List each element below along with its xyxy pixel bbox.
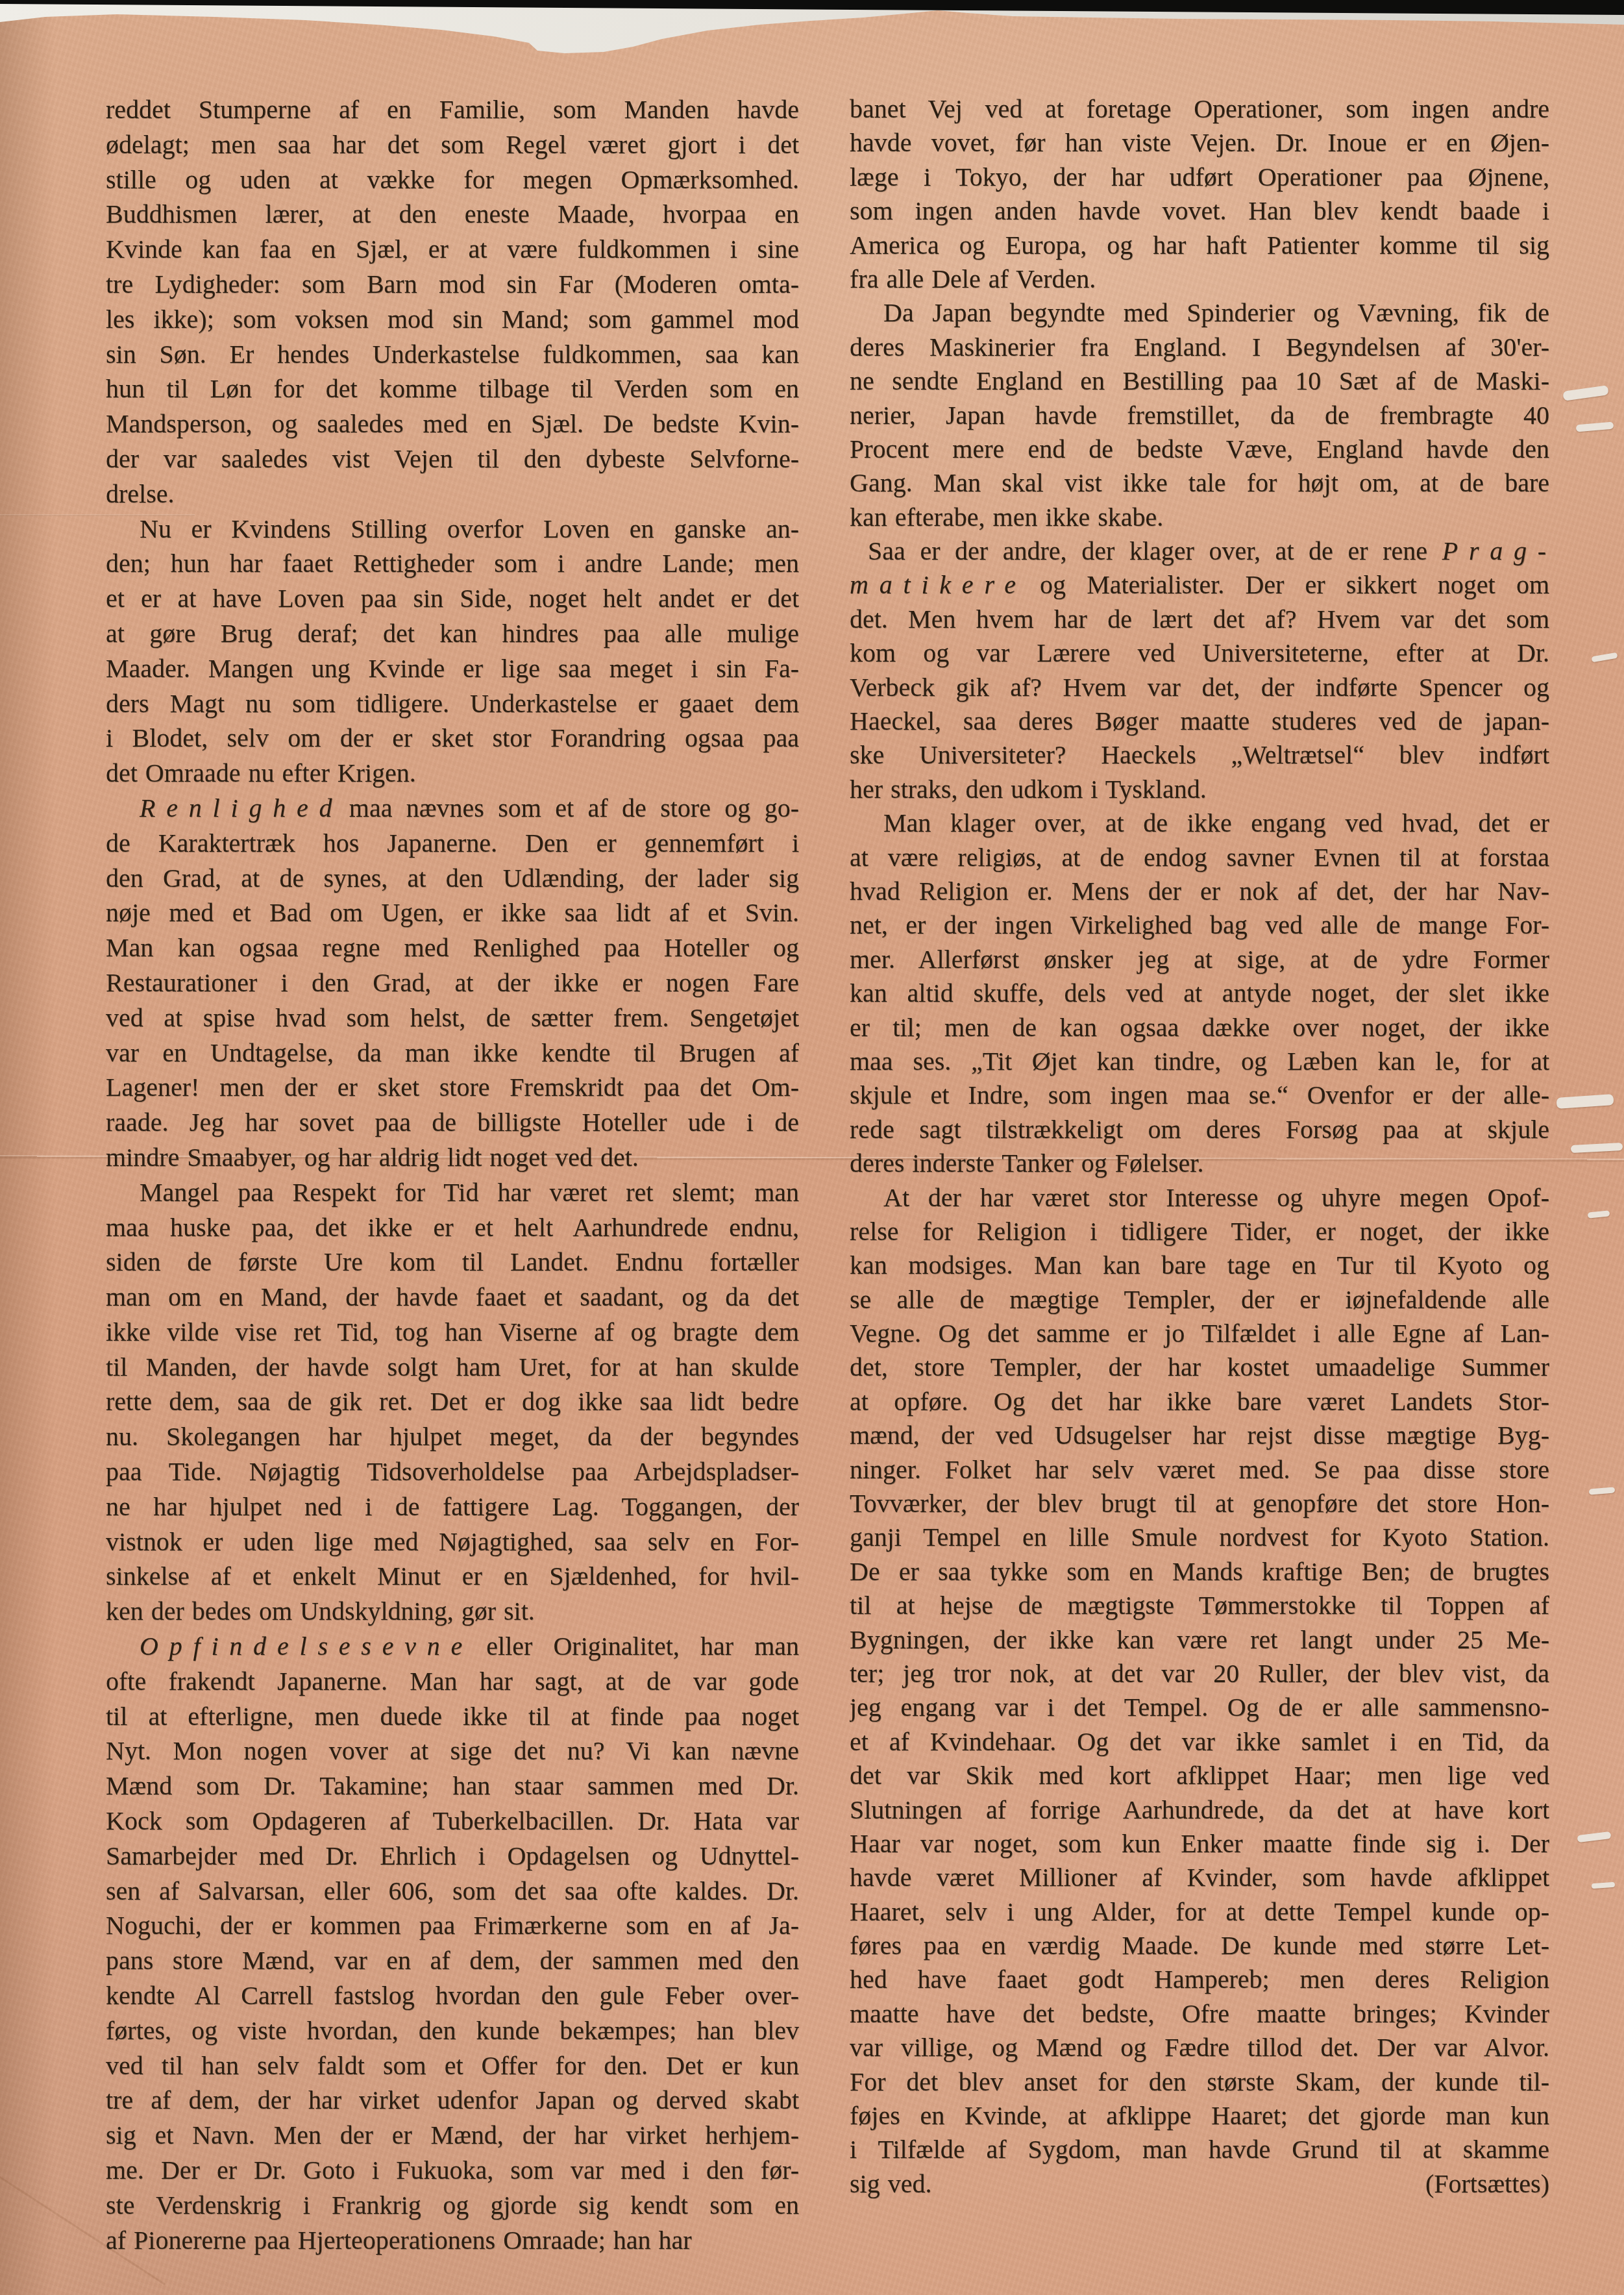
text-line: Man kan ogsaa regne med Renlighed paa Ho… — [106, 930, 799, 965]
text-line: vistnok er uden lige med Nøjagtighed, sa… — [106, 1524, 799, 1559]
text-line: Slutningen af forrige Aarhundrede, da de… — [850, 1793, 1549, 1827]
text-line: maatte have det bedste, Ofre maatte brin… — [850, 1997, 1549, 2031]
text-line: se alle de mægtige Templer, der er iøjne… — [850, 1283, 1549, 1317]
text-line: nøje med et Bad om Ugen, er ikke saa lid… — [106, 895, 799, 930]
text-line: maa ses. „Tit Øjet kan tindre, og Læben … — [850, 1045, 1549, 1078]
text-line: sin Søn. Er hendes Underkastelse fuldkom… — [106, 337, 799, 372]
text-line: til Manden, der havde solgt ham Uret, fo… — [106, 1350, 799, 1385]
text-line: drelse. — [106, 477, 799, 512]
text-line: ofte frakendt Japanerne. Man har sagt, a… — [106, 1664, 799, 1699]
text-line: til at efterligne, men duede ikke til at… — [106, 1699, 799, 1734]
text-line: ste Verdenskrig i Frankrig og gjorde sig… — [106, 2188, 799, 2223]
text-line: føjes en Kvinde, at afklippe Haaret; det… — [850, 2099, 1549, 2133]
text-line: her straks, den udkom i Tyskland. — [850, 773, 1549, 806]
text-line: ganji Tempel en lille Smule nordvest for… — [850, 1520, 1549, 1554]
text-line: Saa er der andre, der klager over, at de… — [850, 534, 1549, 568]
text-line: Man klager over, at de ikke engang ved h… — [850, 806, 1549, 840]
text-line: relse for Religion i tidligere Tider, er… — [850, 1215, 1549, 1248]
text-line: ne sendte England en Bestilling paa 10 S… — [850, 364, 1549, 398]
text-line: Da Japan begyndte med Spinderier og Vævn… — [850, 296, 1549, 330]
text-line: kan efterabe, men ikke skabe. — [850, 501, 1549, 534]
text-line: siden de første Ure kom til Landet. Endn… — [106, 1245, 799, 1280]
text-line: at opføre. Og det har ikke bare været La… — [850, 1385, 1549, 1419]
emphasized-spaced-text: Renlighed — [140, 793, 343, 823]
text-line: Mandsperson, og saaledes med en Sjæl. De… — [106, 406, 799, 441]
text-line: Lagener! men der er sket store Fremskrid… — [106, 1070, 799, 1105]
text-line: den Grad, at de synes, at den Udlænding,… — [106, 861, 799, 896]
text-line: var villige, og Mænd og Fædre tillod det… — [850, 2031, 1549, 2065]
text-line: den; hun har faaet Rettigheder som i and… — [106, 546, 799, 581]
text-line: paa Tide. Nøjagtig Tidsoverholdelse paa … — [106, 1454, 799, 1489]
text-line: Nyt. Mon nogen vover at sige det nu? Vi … — [106, 1733, 799, 1768]
text-line: mer. Allerførst ønsker jeg at sige, at d… — [850, 943, 1549, 976]
text-line: som ingen anden havde vovet. Han blev ke… — [850, 194, 1549, 228]
continuation-note: (Fortsættes) — [1425, 2167, 1549, 2201]
text-line: kan altid skuffe, dels ved at antyde nog… — [850, 976, 1549, 1010]
text-line: havde været Millioner af Kvinder, som ha… — [850, 1861, 1549, 1894]
text-line: Procent mere end de bedste Væve, England… — [850, 432, 1549, 466]
text-line: Noguchi, der er kommen paa Frimærkerne s… — [106, 1908, 799, 1943]
text-line: hed have faaet godt Hampereb; men deres … — [850, 1963, 1549, 1996]
text-line: rede sagt tilstrækkeligt om deres Forsøg… — [850, 1113, 1549, 1147]
text-line: Haaret, selv i ung Alder, for at dette T… — [850, 1895, 1549, 1929]
text-line: matikere og Materialister. Der er sikker… — [850, 568, 1549, 602]
text-line: de Karaktertræk hos Japanerne. Den er ge… — [106, 826, 799, 861]
emphasized-spaced-text: matikere — [850, 570, 1027, 599]
text-line: Bygningen, der ikke kan være ret langt u… — [850, 1623, 1549, 1657]
text-line: Vegne. Og det samme er jo Tilfældet i al… — [850, 1317, 1549, 1350]
text-line: ved at spise hvad som helst, de sætter f… — [106, 1000, 799, 1036]
text-line: Mænd som Dr. Takamine; han staar sammen … — [106, 1768, 799, 1804]
text-line: af Pionererne paa Hjerteoperationens Omr… — [106, 2223, 799, 2258]
text-line: kan modsiges. Man kan bare tage en Tur t… — [850, 1248, 1549, 1282]
text-line: At der har været stor Interesse og uhyre… — [850, 1181, 1549, 1215]
text-line: banet Vej ved at foretage Operationer, s… — [850, 92, 1549, 126]
text-line: (Fortsættes)sig ved. — [850, 2167, 1549, 2201]
text-line: mænd, der ved Udsugelser har rejst disse… — [850, 1419, 1549, 1452]
text-line: ter; jeg tror nok, at det var 20 Ruller,… — [850, 1657, 1549, 1691]
text-line: deres Maskinerier fra England. I Begynde… — [850, 330, 1549, 364]
text-line: det Omraade nu efter Krigen. — [106, 756, 799, 791]
text-line: ved til han selv faldt som et Offer for … — [106, 2048, 799, 2083]
text-line: net, er der ingen Virkelighed bag ved al… — [850, 908, 1549, 942]
text-line: America og Europa, og har haft Patienter… — [850, 229, 1549, 262]
text-line: i Blodet, selv om der er sket stor Foran… — [106, 721, 799, 756]
text-column-right: banet Vej ved at foretage Operationer, s… — [850, 92, 1549, 2201]
emphasized-spaced-text: Prag- — [1442, 536, 1549, 565]
scanned-page: reddet Stumperne af en Familie, som Mand… — [0, 0, 1624, 2295]
text-line: Mangel paa Respekt for Tid har været ret… — [106, 1175, 799, 1210]
text-line: i Tilfælde af Sygdom, man havde Grund ti… — [850, 2133, 1549, 2166]
text-line: Haeckel, saa deres Bøger maatte studeres… — [850, 704, 1549, 738]
text-line: me. Der er Dr. Goto i Fukuoka, som var m… — [106, 2153, 799, 2188]
text-line: ødelagt; men saa har det som Regel været… — [106, 127, 799, 162]
text-line: førtes, og viste hvordan, den kunde bekæ… — [106, 2013, 799, 2048]
text-line: nu. Skolegangen har hjulpet meget, da de… — [106, 1419, 799, 1454]
text-line: De er saa tykke som en Mands kraftige Be… — [850, 1555, 1549, 1589]
text-line: ikke vilde vise ret Tid, tog han Viserne… — [106, 1315, 799, 1350]
text-line: jeg engang var i det Tempel. Og de er al… — [850, 1691, 1549, 1724]
text-line: pans store Mænd, var en af dem, der samm… — [106, 1943, 799, 1978]
text-line: sig et Navn. Men der er Mænd, der har vi… — [106, 2118, 799, 2153]
text-line: ne har hjulpet ned i de fattigere Lag. T… — [106, 1489, 799, 1524]
text-line: at være religiøs, at de endog savner Evn… — [850, 841, 1549, 875]
text-line: raade. Jeg har sovet paa de billigste Ho… — [106, 1105, 799, 1140]
text-line: fra alle Dele af Verden. — [850, 262, 1549, 296]
text-line: ders Magt nu som tidligere. Underkastels… — [106, 686, 799, 721]
text-line: hun til Løn for det komme tilbage til Ve… — [106, 371, 799, 406]
text-line: ken der bedes om Undskyldning, gør sit. — [106, 1594, 799, 1629]
text-line: Haar var noget, som kun Enker maatte fin… — [850, 1827, 1549, 1861]
text-line: For det blev anset for den største Skam,… — [850, 2065, 1549, 2099]
text-line: man om en Mand, der havde faaet et saada… — [106, 1280, 799, 1315]
text-line: les ikke); som voksen mod sin Mand; som … — [106, 302, 799, 337]
text-line: Restaurationer i den Grad, at der ikke e… — [106, 965, 799, 1000]
text-line: kendte Al Carrell fastslog hvordan den g… — [106, 1978, 799, 2013]
page-paper: reddet Stumperne af en Familie, som Mand… — [0, 0, 1624, 2295]
text-line: det, store Templer, der har kostet umaad… — [850, 1350, 1549, 1384]
text-line: reddet Stumperne af en Familie, som Mand… — [106, 92, 799, 127]
text-line: er til; men de kan ogsaa dække over noge… — [850, 1011, 1549, 1045]
text-line: Nu er Kvindens Stilling overfor Loven en… — [106, 512, 799, 547]
text-line: tre Lydigheder: som Barn mod sin Far (Mo… — [106, 267, 799, 302]
text-line: Gang. Man skal vist ikke tale for højt o… — [850, 466, 1549, 500]
text-line: Renlighed maa nævnes som et af de store … — [106, 791, 799, 826]
text-line: Buddhismen lærer, at den eneste Maade, h… — [106, 197, 799, 232]
text-line: tre af dem, der har virket udenfor Japan… — [106, 2083, 799, 2118]
text-line: var en Undtagelse, da man ikke kendte ti… — [106, 1036, 799, 1071]
emphasized-spaced-text: Opfindelsesevne — [140, 1631, 473, 1661]
text-line: ninger. Folket har selv været med. Se pa… — [850, 1453, 1549, 1487]
text-line: Tovværker, der blev brugt til at genopfø… — [850, 1487, 1549, 1520]
text-line: skjule et Indre, som ingen maa se.“ Oven… — [850, 1078, 1549, 1112]
text-line: Maader. Mangen ung Kvinde er lige saa me… — [106, 651, 799, 686]
text-line: rette dem, saa de gik ret. Det er dog ik… — [106, 1384, 799, 1419]
text-line: deres inderste Tanker og Følelser. — [850, 1147, 1549, 1180]
left-edge-shadow — [0, 0, 55, 2295]
text-line: mindre Smaabyer, og har aldrig lidt noge… — [106, 1140, 799, 1175]
text-line: et er at have Loven paa sin Side, noget … — [106, 581, 799, 616]
text-line: nerier, Japan havde fremstillet, da de f… — [850, 399, 1549, 432]
text-line: sinkelse af et enkelt Minut er en Sjælde… — [106, 1559, 799, 1594]
text-line: Kock som Opdageren af Tuberkelbacillen. … — [106, 1804, 799, 1839]
text-line: der var saaledes vist Vejen til den dybe… — [106, 441, 799, 477]
text-line: sen af Salvarsan, eller 606, som det saa… — [106, 1874, 799, 1909]
text-line: til at hejse de mægtigste Tømmerstokke t… — [850, 1589, 1549, 1622]
text-line: et af Kvindehaar. Og det var ikke samlet… — [850, 1725, 1549, 1759]
text-line: det. Men hvem har de lært det af? Hvem v… — [850, 602, 1549, 636]
text-line: at gøre Brug deraf; det kan hindres paa … — [106, 616, 799, 651]
text-line: hvad Religion er. Mens der er nok af det… — [850, 875, 1549, 908]
text-line: læge i Tokyo, der har udført Operationer… — [850, 160, 1549, 194]
text-line: stille og uden at vække for megen Opmærk… — [106, 162, 799, 197]
text-column-left: reddet Stumperne af en Familie, som Mand… — [106, 92, 799, 2257]
text-line: Opfindelsesevne eller Originalitet, har … — [106, 1629, 799, 1664]
text-line: ske Universiteter? Haeckels „Weltrætsel“… — [850, 738, 1549, 772]
text-line: maa huske paa, det ikke er et helt Aarhu… — [106, 1210, 799, 1245]
text-line: føres paa en værdig Maade. De kunde med … — [850, 1929, 1549, 1963]
text-line: Verbeck gik af? Hvem var det, der indfør… — [850, 671, 1549, 704]
text-line: Kvinde kan faa en Sjæl, er at være fuldk… — [106, 232, 799, 267]
text-line: kom og var Lærere ved Universiteterne, e… — [850, 636, 1549, 670]
text-line: Samarbejder med Dr. Ehrlich i Opdagelsen… — [106, 1839, 799, 1874]
text-line: havde vovet, før han viste Vejen. Dr. In… — [850, 126, 1549, 160]
text-line: det var Skik med kort afklippet Haar; me… — [850, 1759, 1549, 1793]
